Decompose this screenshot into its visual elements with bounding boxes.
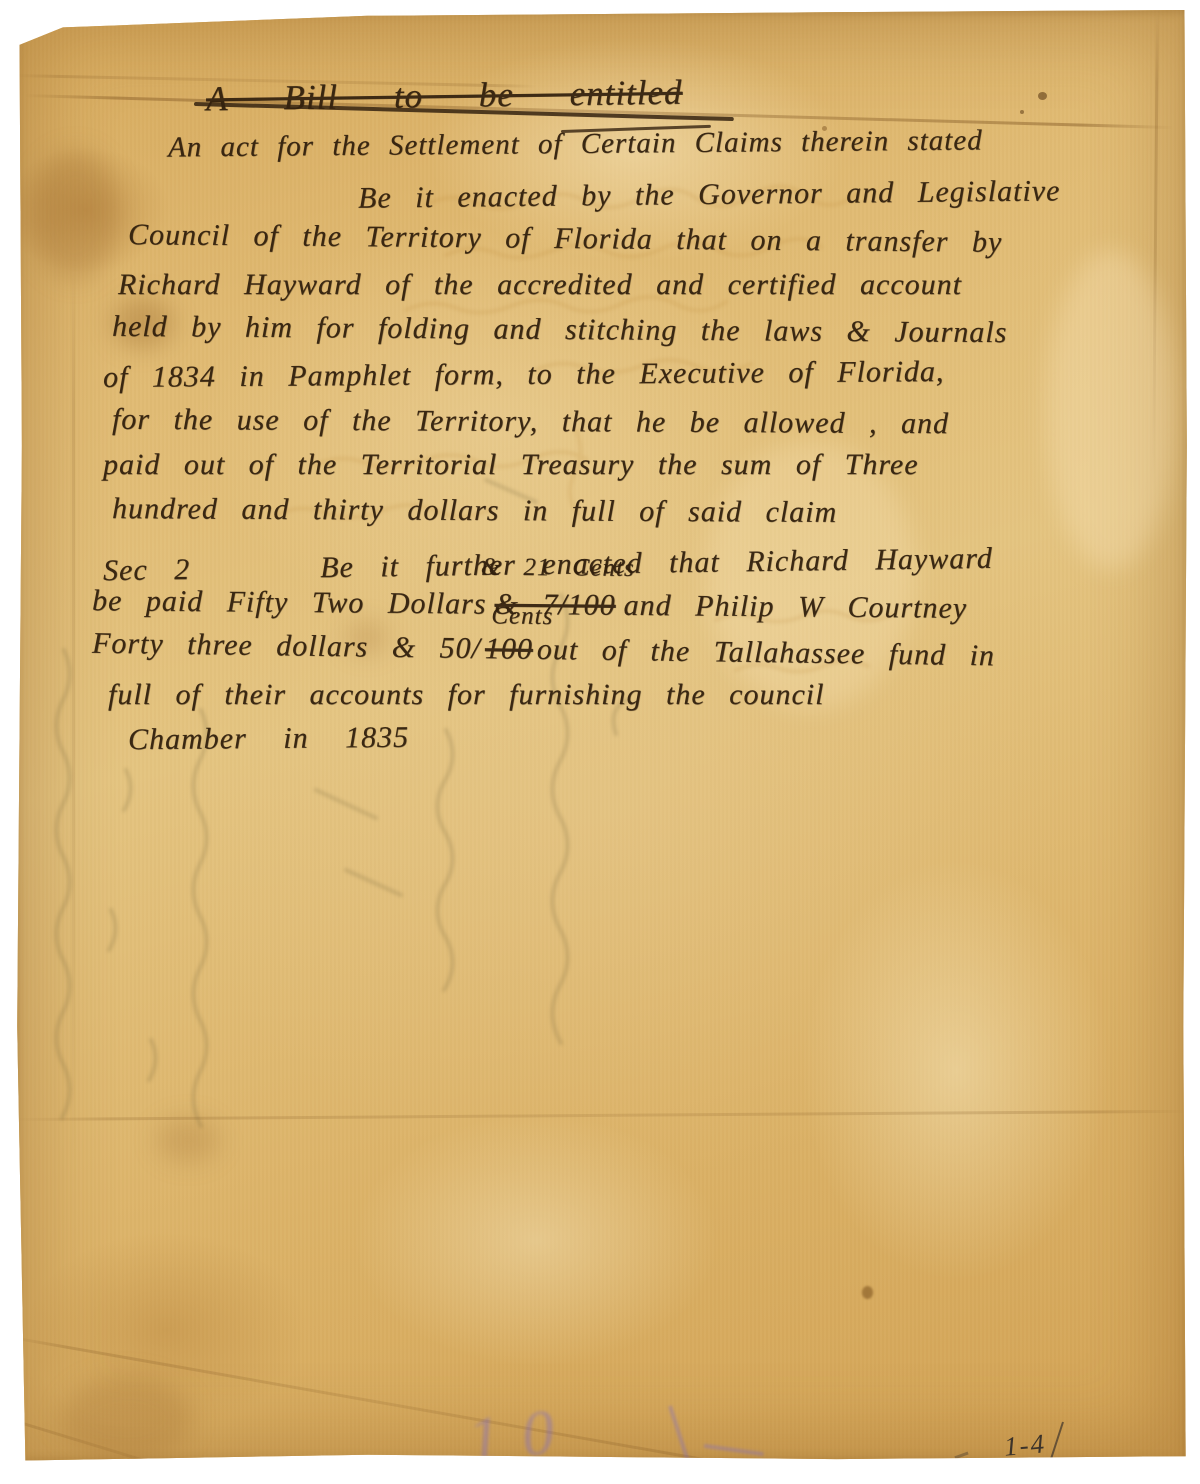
manuscript-line: Chamber in 1835 [128, 721, 409, 757]
interlinear-insert: Cents [491, 602, 553, 631]
manuscript-line: Richard Hayward of the accredited and ce… [118, 268, 962, 302]
manuscript-line: full of their accounts for furnishing th… [108, 678, 824, 712]
struck-text: 100 [485, 632, 533, 666]
inline-correction: Cents100 [485, 632, 533, 667]
line-text: Forty three dollars & 50/ [92, 627, 481, 665]
section-label: Sec 2 [103, 553, 191, 587]
line-text: be paid Fifty Two Dollars [92, 584, 487, 620]
interlinear-insert: & 21 Cents [481, 554, 635, 583]
manuscript-line: for the use of the Territory, that he be… [112, 403, 949, 441]
manuscript-line: of 1834 in Pamphlet form, to the Executi… [103, 355, 945, 395]
purple-stamp-partial: 10 [464, 1393, 579, 1462]
scanned-document-page: { "page": { "scan_background": "#ffffff"… [0, 0, 1200, 1484]
manuscript-line: paid out of the Territorial Treasury the… [103, 448, 919, 482]
spacer [190, 577, 320, 579]
page-number-mark: 1-4 [1003, 1428, 1048, 1462]
manuscript-line: hundred and thirty dollars in full of sa… [112, 492, 837, 530]
manuscript-line: held by him for folding and stitching th… [112, 310, 1008, 350]
line-text: out of the Tallahassee fund in [537, 633, 995, 672]
manuscript-paper: A Bill to be entitled An act for the Set… [16, 10, 1188, 1462]
line-text: and Philip W Courtney [623, 589, 967, 625]
